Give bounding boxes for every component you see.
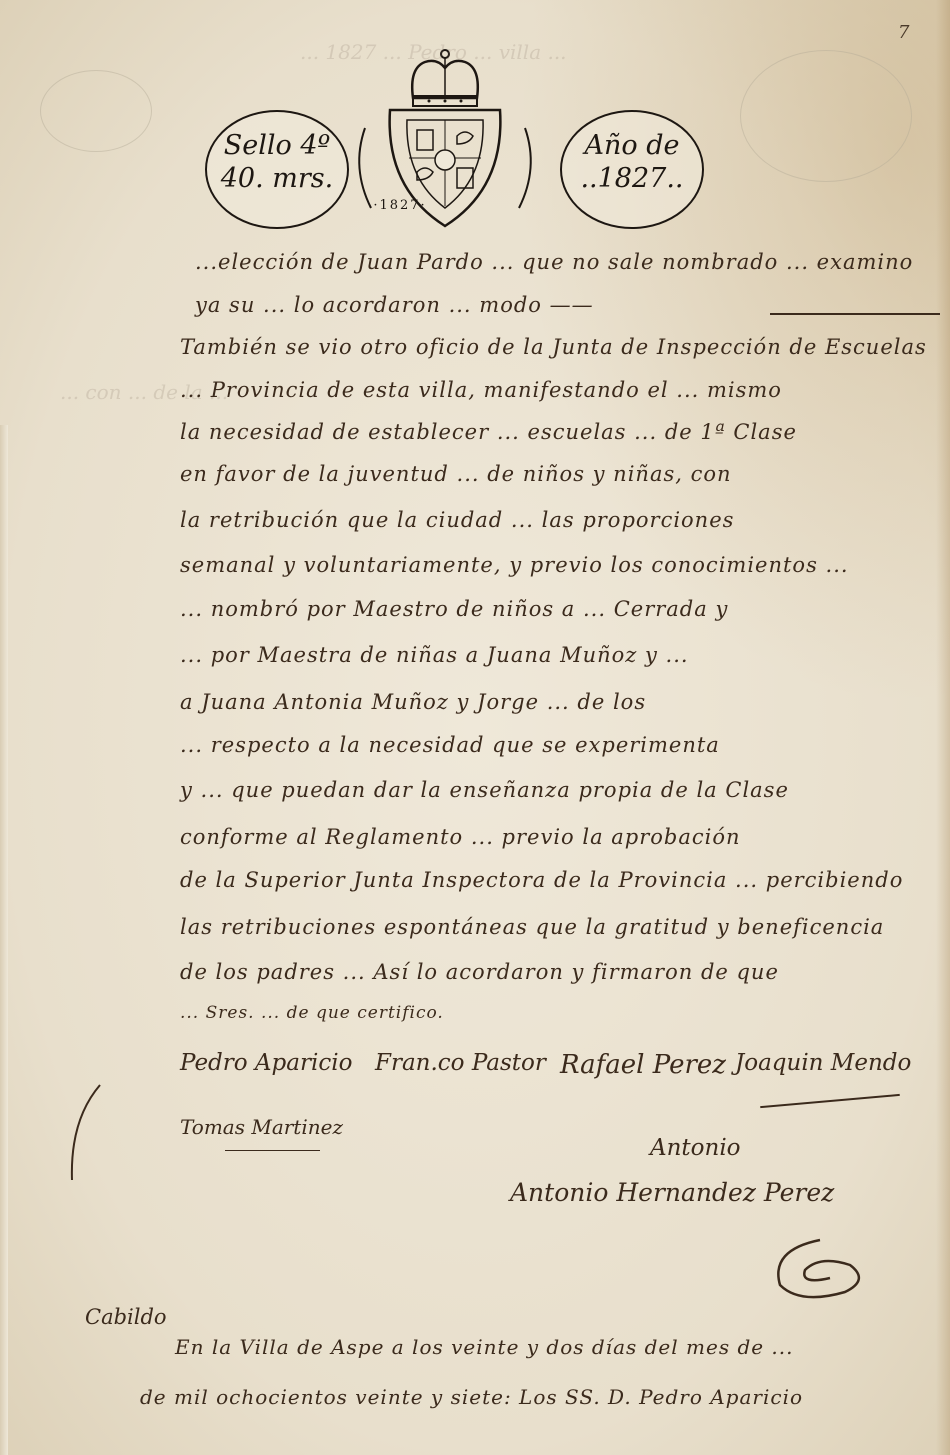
signature-francisco-pastor: Fran.co Pastor	[375, 1050, 546, 1076]
signature-rafael-perez: Rafael Perez	[560, 1050, 726, 1080]
body-line: y ... que puedan dar la enseñanza propia…	[180, 778, 789, 802]
margin-bracket-icon	[60, 1080, 110, 1190]
signature-antonio: Antonio	[650, 1135, 741, 1161]
body-line: También se vio otro oficio de la Junta d…	[180, 335, 927, 359]
signature-antonio-hernandez-perez: Antonio Hernandez Perez	[510, 1178, 834, 1207]
stamp-year-label: Año de	[562, 130, 702, 161]
body-line: de la Superior Junta Inspectora de la Pr…	[180, 868, 903, 892]
body-line: ... por Maestra de niñas a Juana Muñoz y…	[180, 643, 689, 667]
notary-rubric-icon	[760, 1230, 880, 1310]
signature-joaquin-mendo: Joaquin Mendo	[735, 1050, 911, 1076]
signature-pedro-aparicio: Pedro Aparicio	[180, 1050, 352, 1076]
stamp-price: 40. mrs.	[207, 163, 347, 194]
closing-line: En la Villa de Aspe a los veinte y dos d…	[175, 1335, 794, 1359]
stamp-value-oval: Sello 4º 40. mrs.	[205, 110, 349, 229]
bleed-through-text: ... 1827 ... Pedro ... villa ...	[300, 40, 567, 64]
body-line: ...elección de Juan Pardo ... que no sal…	[195, 250, 913, 274]
body-line: la necesidad de establecer ... escuelas …	[180, 420, 797, 444]
body-line: la retribución que la ciudad ... las pro…	[180, 508, 734, 532]
tax-stamp: ·1827· Sello 4º 40. mrs. Año de ..1827..	[195, 48, 695, 228]
body-line: ... Sres. ... de que certifico.	[180, 1003, 444, 1023]
embossed-seal-right	[740, 50, 912, 182]
signature-rubric	[760, 1094, 900, 1108]
body-line: a Juana Antonia Muñoz y Jorge ... de los	[180, 690, 646, 714]
manuscript-page: 7 ·1827· Sello 4º 40. mrs.	[0, 0, 950, 1455]
signature-rubric	[225, 1150, 320, 1151]
page-edge-right	[936, 0, 950, 1455]
folio-number: 7	[898, 22, 909, 43]
signature-tomas-martinez: Tomas Martinez	[180, 1115, 343, 1139]
margin-note-cabildo: Cabildo	[85, 1305, 167, 1329]
body-line: ya su ... lo acordaron ... modo ——	[195, 293, 594, 317]
body-line: de los padres ... Así lo acordaron y fir…	[180, 960, 779, 984]
body-line: ... nombró por Maestro de niños a ... Ce…	[180, 597, 728, 621]
body-line: en favor de la juventud ... de niños y n…	[180, 462, 732, 486]
closing-line: de mil ochocientos veinte y siete: Los S…	[140, 1385, 803, 1409]
body-line: las retribuciones espontáneas que la gra…	[180, 915, 884, 939]
body-line: ... respecto a la necesidad que se exper…	[180, 733, 720, 757]
body-line: ... Provincia de esta villa, manifestand…	[180, 378, 782, 402]
line-filler-rule	[770, 313, 940, 315]
stamp-year-oval: Año de ..1827..	[560, 110, 704, 229]
body-line: semanal y voluntariamente, y previo los …	[180, 553, 849, 577]
body-line: conforme al Reglamento ... previo la apr…	[180, 825, 741, 849]
embossed-seal-left	[40, 70, 152, 152]
stamp-seal-class: Sello 4º	[207, 130, 347, 161]
page-edge-left	[0, 425, 8, 1455]
stamp-year-value: ..1827..	[562, 163, 702, 194]
stamp-year-legend: ·1827·	[350, 198, 450, 213]
